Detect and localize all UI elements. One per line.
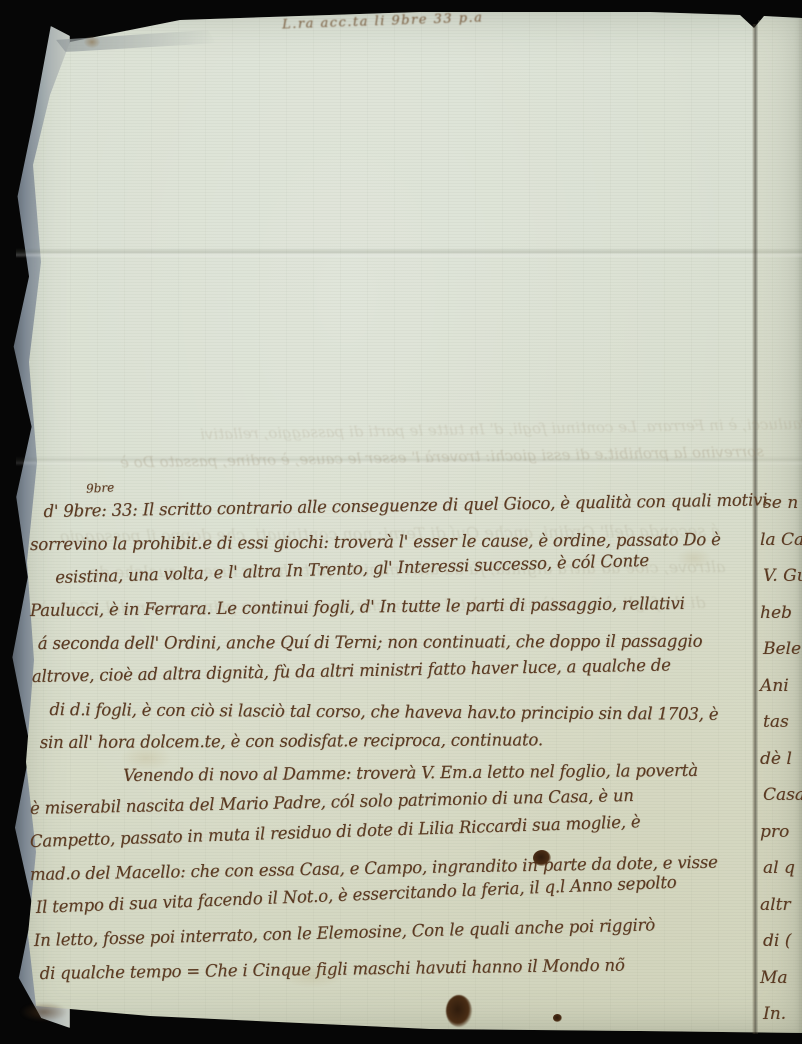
paper-stain (84, 36, 100, 48)
manuscript-scan: L.ra acc.ta li 9bre 33 p.a sorrevino la … (0, 0, 802, 1044)
facing-page-fragment: di ( (763, 924, 802, 961)
facing-page-text-block: se n la Ca V. Gu heb Bele Ani tas dè l C… (763, 486, 802, 1034)
fold-crease-upper (16, 248, 802, 258)
facing-page-fragment: dè l (760, 742, 802, 779)
facing-page-fragment: la Ca (760, 523, 802, 560)
facing-page-fragment: pro (760, 815, 802, 852)
paper-stain (280, 964, 344, 988)
ink-blot (446, 995, 472, 1027)
facing-page-fragment: Ani (760, 669, 802, 706)
facing-page-fragment: se n (763, 486, 802, 523)
facing-page-fragment: tas (763, 705, 802, 742)
paper-stain (120, 745, 172, 771)
facing-page-fragment: In. (763, 997, 802, 1034)
facing-page-fragment: altr (760, 888, 802, 925)
ink-smudge (20, 1002, 68, 1022)
manuscript-text-block: d' 9bre: 33: Il scritto contrario alle c… (30, 497, 738, 992)
facing-page-fragment: al q (763, 851, 802, 888)
facing-page-fragment: Casa (763, 778, 802, 815)
facing-page-fragment: V. Gu (763, 559, 802, 596)
paper-stain (676, 548, 712, 568)
ink-blot (553, 1014, 562, 1022)
line-superscript: 9bre (86, 480, 115, 495)
gutter-line (752, 24, 758, 1034)
facing-page-fragment: Bele (763, 632, 802, 669)
manuscript-line: Paulucci, è in Ferrara. Le continui fogl… (30, 588, 738, 629)
ink-blot (533, 850, 551, 866)
facing-page-fragment: heb (760, 596, 802, 633)
facing-page-fragment: Ma (760, 961, 802, 998)
